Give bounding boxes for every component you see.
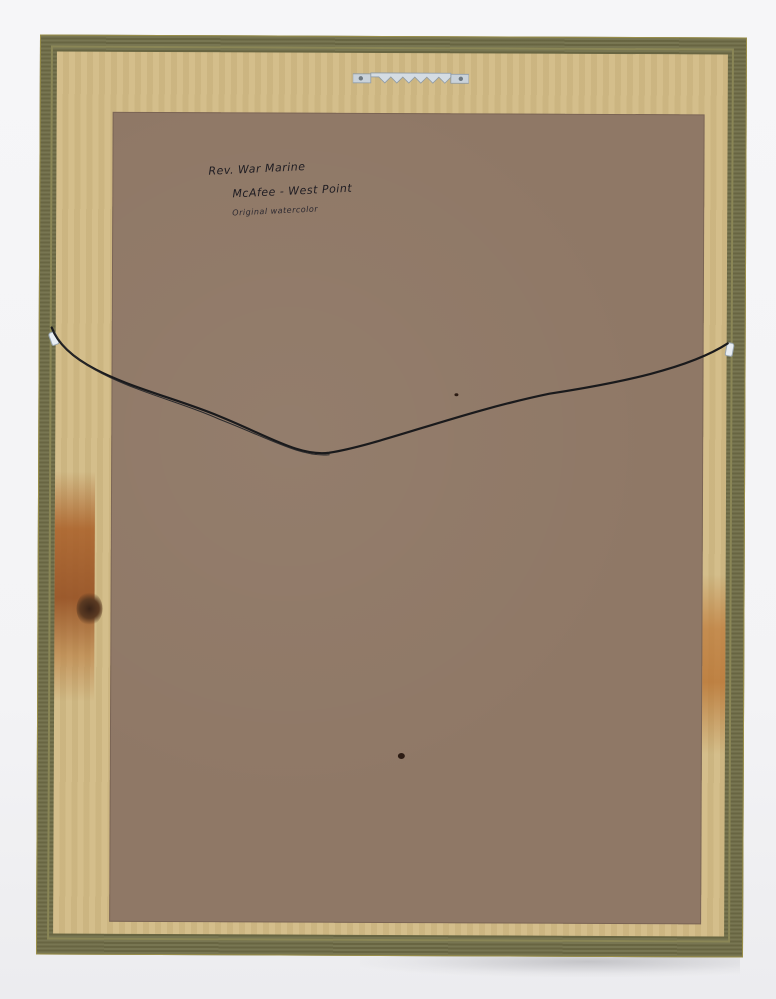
hanging-wire-icon bbox=[37, 35, 748, 958]
frame-shadow bbox=[360, 955, 740, 977]
picture-frame-back: Rev. War Marine McAfee - West Point Orig… bbox=[36, 34, 747, 957]
